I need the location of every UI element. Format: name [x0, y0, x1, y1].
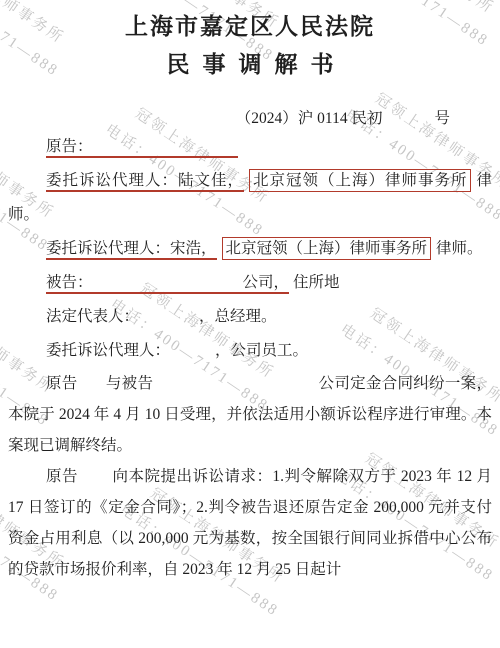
case-number-suffix: 号: [434, 110, 450, 127]
plaintiff-redacted-blank: [93, 150, 238, 151]
defendant-company: 公司，: [243, 274, 290, 291]
agent2-tail: 律师。: [436, 240, 483, 257]
defendant-redacted-blank: [93, 286, 243, 287]
para2-rest: 向本院提出诉讼请求：1.判令解除双方于 2023 年 12 月 17 日签订的《…: [8, 468, 492, 578]
para2-redacted-blank: [78, 480, 112, 481]
company-agent-redacted-blank: [170, 354, 215, 355]
court-name: 上海市嘉定区人民法院: [8, 12, 492, 42]
para1-plaintiff: 原告: [46, 375, 78, 392]
plaintiff-redline: 原告：: [46, 138, 238, 158]
document-content: 上海市嘉定区人民法院 民事调解书 （2024）沪 0114 民初号 原告： 委托…: [0, 0, 500, 585]
para2-plaintiff: 原告: [46, 468, 78, 485]
agent1-firm-redbox: 北京冠领（上海）律师事务所: [249, 169, 471, 192]
mediation-document-page: 冠领上海律师事务所电话：400—7171—888 冠领上海律师事务所电话：400…: [0, 0, 500, 648]
defendant-line: 被告：公司，住所地: [8, 266, 492, 300]
case-number-redacted-blank: [382, 122, 434, 123]
legal-rep-label: 法定代表人：: [46, 308, 139, 325]
para1-vs: 与被告: [106, 375, 154, 392]
company-agent-tail: ，公司员工。: [215, 342, 308, 359]
para1-redacted-blank-2: [153, 387, 318, 388]
legal-rep-tail: ，总经理。: [199, 308, 277, 325]
case-number-prefix: （2024）沪 0114 民初: [236, 110, 383, 127]
agent2-underlined: 委托诉讼代理人：宋浩，: [46, 240, 217, 260]
defendant-redline: 被告：公司，: [46, 274, 289, 294]
plaintiff-agent2-line: 委托诉讼代理人：宋浩，北京冠领（上海）律师事务所律师。: [8, 232, 492, 266]
agent1-underlined: 委托诉讼代理人：陆文佳，: [46, 172, 244, 192]
legal-rep-line: 法定代表人：，总经理。: [8, 300, 492, 334]
agent2-firm-redbox: 北京冠领（上海）律师事务所: [222, 237, 432, 260]
defendant-tail: 住所地: [293, 274, 340, 291]
case-summary-paragraph: 原告与被告公司定金合同纠纷一案，本院于 2024 年 4 月 10 日受理，并依…: [8, 368, 492, 461]
defendant-label: 被告：: [46, 274, 93, 291]
company-agent-line: 委托诉讼代理人：，公司员工。: [8, 334, 492, 368]
plaintiff-label: 原告：: [46, 138, 93, 155]
case-number: （2024）沪 0114 民初号: [8, 108, 450, 130]
plaintiff-agent1-line: 委托诉讼代理人：陆文佳，北京冠领（上海）律师事务所律师。: [8, 164, 492, 232]
plaintiff-line: 原告：: [8, 130, 492, 164]
claims-paragraph: 原告向本院提出诉讼请求：1.判令解除双方于 2023 年 12 月 17 日签订…: [8, 461, 492, 585]
legal-rep-redacted-blank: [139, 320, 199, 321]
document-title: 民事调解书: [8, 50, 492, 80]
company-agent-label: 委托诉讼代理人：: [46, 342, 170, 359]
para1-redacted-blank-1: [78, 387, 106, 388]
